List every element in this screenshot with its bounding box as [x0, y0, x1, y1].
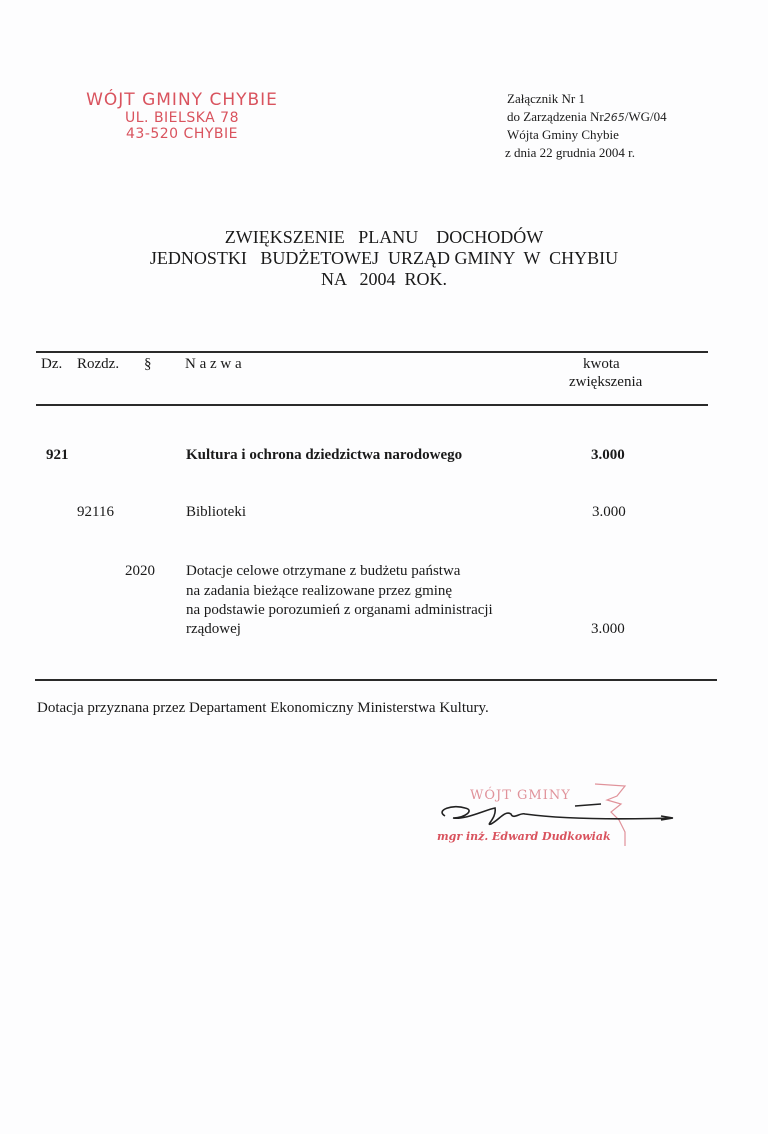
document-title-line2: JEDNOSTKI BUDŻETOWEJ URZĄD GMINY W CHYBI… — [0, 248, 768, 269]
row-921-amount: 3.000 — [591, 447, 625, 464]
header-name: N a z w a — [185, 356, 242, 373]
signatory-name: mgr inż. Edward Dudkowiak — [437, 830, 611, 843]
row-2020-amount: 3.000 — [591, 621, 625, 638]
office-stamp-address: UL. BIELSKA 78 — [66, 110, 298, 126]
table-top-rule — [36, 351, 708, 353]
document-title-line1: ZWIĘKSZENIE PLANU DOCHODÓW — [0, 227, 768, 248]
office-stamp-postal: 43-520 CHYBIE — [66, 126, 298, 142]
row-2020-name-line3: na podstawie porozumień z organami admin… — [186, 602, 493, 619]
annex-issuer: Wójta Gminy Chybie — [507, 126, 619, 144]
row-92116-name: Biblioteki — [186, 504, 246, 521]
row-921-dz: 921 — [46, 447, 69, 464]
table-header-rule — [36, 404, 708, 406]
row-2020-name-line4: rządowej — [186, 621, 241, 638]
row-92116-rozdz: 92116 — [77, 504, 114, 521]
table-bottom-rule — [35, 679, 717, 681]
header-rozdz: Rozdz. — [77, 356, 119, 373]
header-paragraph: § — [144, 356, 152, 373]
row-2020-name-line2: na zadania bieżące realizowane przez gmi… — [186, 583, 452, 600]
office-stamp-title: WÓJT GMINY CHYBIE — [66, 90, 298, 110]
regulation-prefix: do Zarządzenia Nr — [507, 109, 604, 124]
annex-number: Załącznik Nr 1 — [507, 90, 585, 108]
regulation-suffix: /WG/04 — [625, 109, 667, 124]
regulation-handwritten-number: 265 — [604, 111, 625, 124]
document-title-line3: NA 2004 ROK. — [0, 269, 768, 290]
row-2020-paragraph: 2020 — [125, 563, 155, 580]
header-amount-line1: kwota — [583, 356, 620, 373]
row-92116-amount: 3.000 — [592, 504, 626, 521]
header-amount-line2: zwiększenia — [569, 374, 642, 391]
row-921-name: Kultura i ochrona dziedzictwa narodowego — [186, 447, 462, 464]
annex-regulation: do Zarządzenia Nr265/WG/04 — [507, 108, 667, 127]
header-dz: Dz. — [41, 356, 62, 373]
annex-date: z dnia 22 grudnia 2004 r. — [505, 144, 635, 162]
row-2020-name-line1: Dotacje celowe otrzymane z budżetu państ… — [186, 563, 460, 580]
footnote: Dotacja przyznana przez Departament Ekon… — [37, 700, 489, 717]
signature-scribble-icon — [425, 780, 695, 860]
